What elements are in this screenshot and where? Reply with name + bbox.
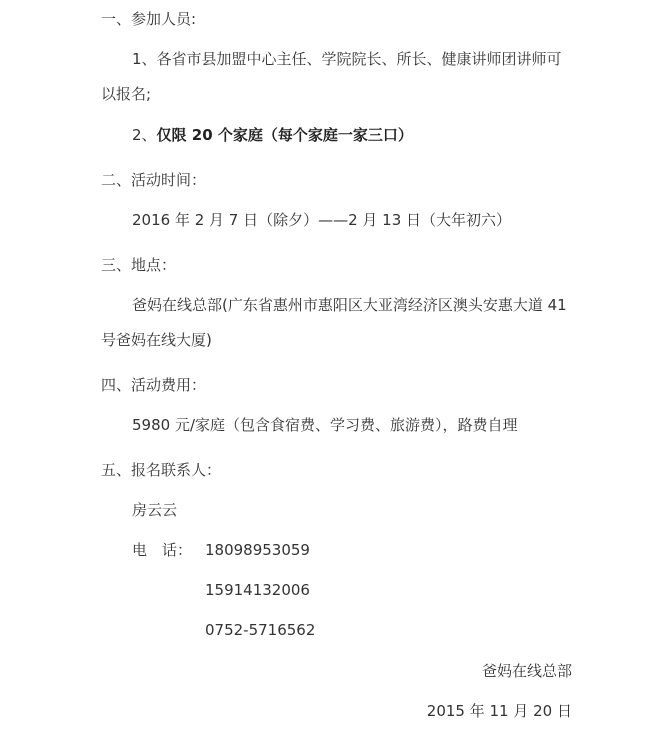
- section-3-heading: 三、地点：: [101, 255, 176, 275]
- section-2-heading: 二、活动时间：: [101, 170, 206, 190]
- contact-name: 房云云: [132, 500, 177, 520]
- signature-date: 2015 年 11 月 20 日: [427, 701, 572, 721]
- signature-org: 爸妈在线总部: [482, 661, 572, 681]
- section-1-item-1: 1、各省市县加盟中心主任、学院院长、所长、健康讲师团讲师可: [132, 49, 562, 69]
- section-1-item-1-cont: 以报名;: [101, 84, 151, 104]
- phone-3: 0752-5716562: [205, 620, 315, 640]
- section-3-address: 爸妈在线总部(广东省惠州市惠阳区大亚湾经济区澳头安惠大道 41: [132, 295, 567, 315]
- phone-label: 电 话：: [132, 540, 192, 560]
- section-2-text: 2016 年 2 月 7 日（除夕）——2 月 13 日（大年初六）: [132, 210, 511, 230]
- item-2-prefix: 2、: [132, 126, 157, 144]
- section-1-item-2: 2、仅限 20 个家庭（每个家庭一家三口）: [132, 125, 413, 145]
- phone-2: 15914132006: [205, 580, 310, 600]
- section-4-text: 5980 元/家庭（包含食宿费、学习费、旅游费），路费自理: [132, 415, 518, 435]
- section-3-address-cont: 号爸妈在线大厦): [101, 330, 212, 350]
- phone-1: 18098953059: [205, 540, 310, 560]
- section-1-heading: 一、参加人员:: [101, 9, 196, 29]
- section-4-heading: 四、活动费用：: [101, 375, 206, 395]
- section-5-heading: 五、报名联系人：: [101, 460, 221, 480]
- item-2-bold-text: 仅限 20 个家庭（每个家庭一家三口）: [157, 126, 413, 144]
